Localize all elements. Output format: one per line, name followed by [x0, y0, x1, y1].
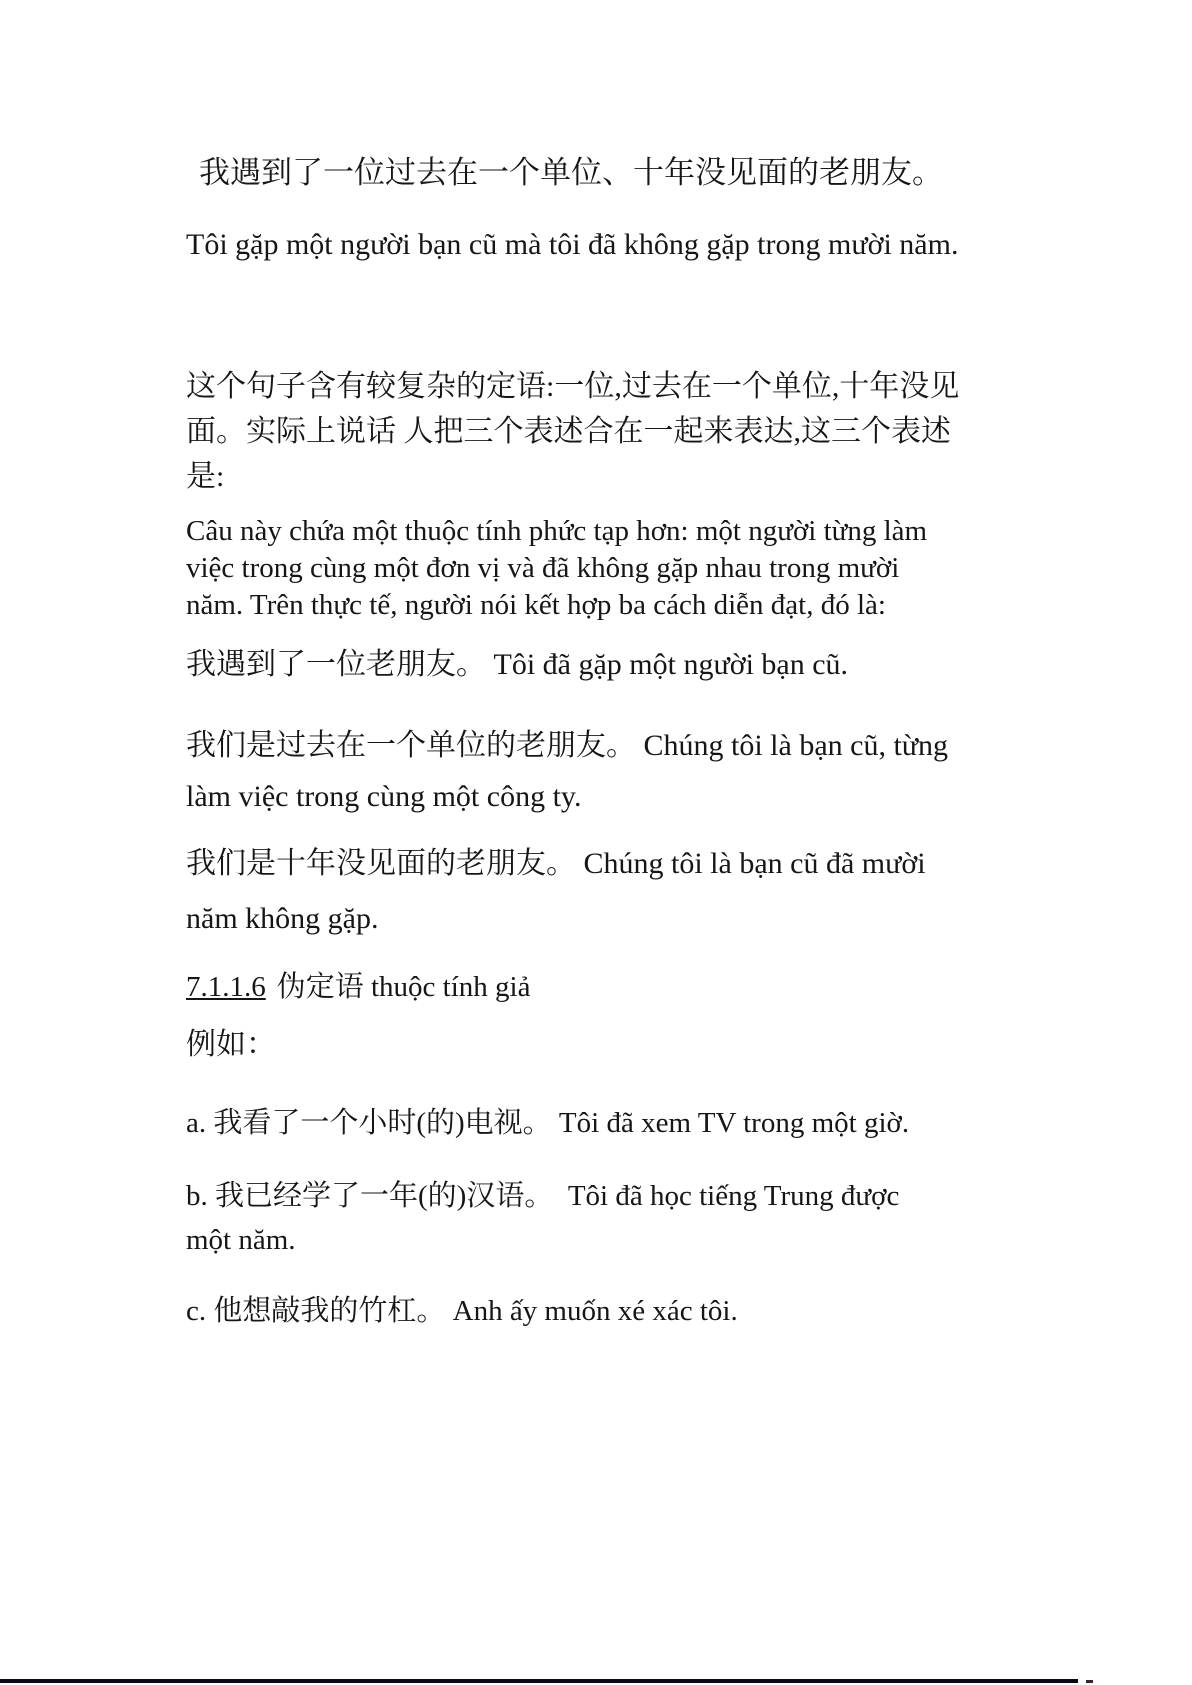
- text-line: 是:: [186, 454, 986, 499]
- text-line: 我遇到了一位过去在一个单位、十年没见面的老朋友。: [199, 150, 986, 196]
- text-line: a. 我看了一个小时(的)电视。 Tôi đã xem TV trong một…: [186, 1100, 986, 1146]
- section-number: 7.1.1.6: [186, 971, 266, 1003]
- text-line: c. 他想敲我的竹杠。 Anh ấy muốn xé xác tôi.: [186, 1288, 986, 1334]
- text-line: 我遇到了一位老朋友。 Tôi đã gặp một người bạn cũ.: [186, 642, 986, 688]
- paragraph-explanation-vi: Câu này chứa một thuộc tính phức tạp hơn…: [186, 513, 986, 624]
- text-line: Câu này chứa một thuộc tính phức tạp hơn…: [186, 513, 986, 550]
- text-line: 例如：: [186, 1024, 986, 1066]
- example-item-a: a. 我看了一个小时(的)电视。 Tôi đã xem TV trong một…: [186, 1100, 986, 1146]
- text-line: làm việc trong cùng một công ty.: [186, 771, 986, 822]
- example-label: 例如：: [186, 1024, 986, 1066]
- section-title: 伪定语 thuộc tính giả: [277, 971, 531, 1003]
- paragraph-explanation-zh: 这个句子含有较复杂的定语:一位,过去在一个单位,十年没见 面。实际上说话 人把三…: [186, 364, 986, 499]
- page-boundary-rule-end-dot: [1086, 1680, 1093, 1683]
- paragraph-sentence-zh: 我遇到了一位过去在一个单位、十年没见面的老朋友。: [186, 150, 986, 196]
- page-boundary-rule: [0, 1679, 1078, 1683]
- paragraph-sentence-vi: Tôi gặp một người bạn cũ mà tôi đã không…: [186, 222, 986, 268]
- example-item-b: b. 我已经学了一年(的)汉语。 Tôi đã học tiếng Trung …: [186, 1174, 986, 1262]
- paragraph-expression-2: 我们是过去在一个单位的老朋友。 Chúng tôi là bạn cũ, từn…: [186, 720, 986, 822]
- text-line: 这个句子含有较复杂的定语:一位,过去在一个单位,十年没见: [186, 364, 986, 409]
- text-line: 面。实际上说话 人把三个表述合在一起来表达,这三个表述: [186, 409, 986, 454]
- text-line: b. 我已经学了一年(的)汉语。 Tôi đã học tiếng Trung …: [186, 1174, 986, 1218]
- text-line: năm. Trên thực tế, người nói kết hợp ba …: [186, 587, 986, 624]
- text-line: 我们是十年没见面的老朋友。 Chúng tôi là bạn cũ đã mườ…: [186, 836, 986, 891]
- paragraph-expression-1: 我遇到了一位老朋友。 Tôi đã gặp một người bạn cũ.: [186, 642, 986, 688]
- text-line: năm không gặp.: [186, 891, 986, 946]
- paragraph-expression-3: 我们是十年没见面的老朋友。 Chúng tôi là bạn cũ đã mườ…: [186, 836, 986, 946]
- text-line: một năm.: [186, 1218, 986, 1262]
- document-page: 我遇到了一位过去在一个单位、十年没见面的老朋友。 Tôi gặp một ngư…: [186, 150, 986, 1334]
- text-line: việc trong cùng một đơn vị và đã không g…: [186, 550, 986, 587]
- text-line: 我们是过去在一个单位的老朋友。 Chúng tôi là bạn cũ, từn…: [186, 720, 986, 771]
- section-heading: 7.1.1.6伪定语 thuộc tính giả: [186, 966, 986, 1008]
- text-line: Tôi gặp một người bạn cũ mà tôi đã không…: [186, 222, 986, 268]
- example-item-c: c. 他想敲我的竹杠。 Anh ấy muốn xé xác tôi.: [186, 1288, 986, 1334]
